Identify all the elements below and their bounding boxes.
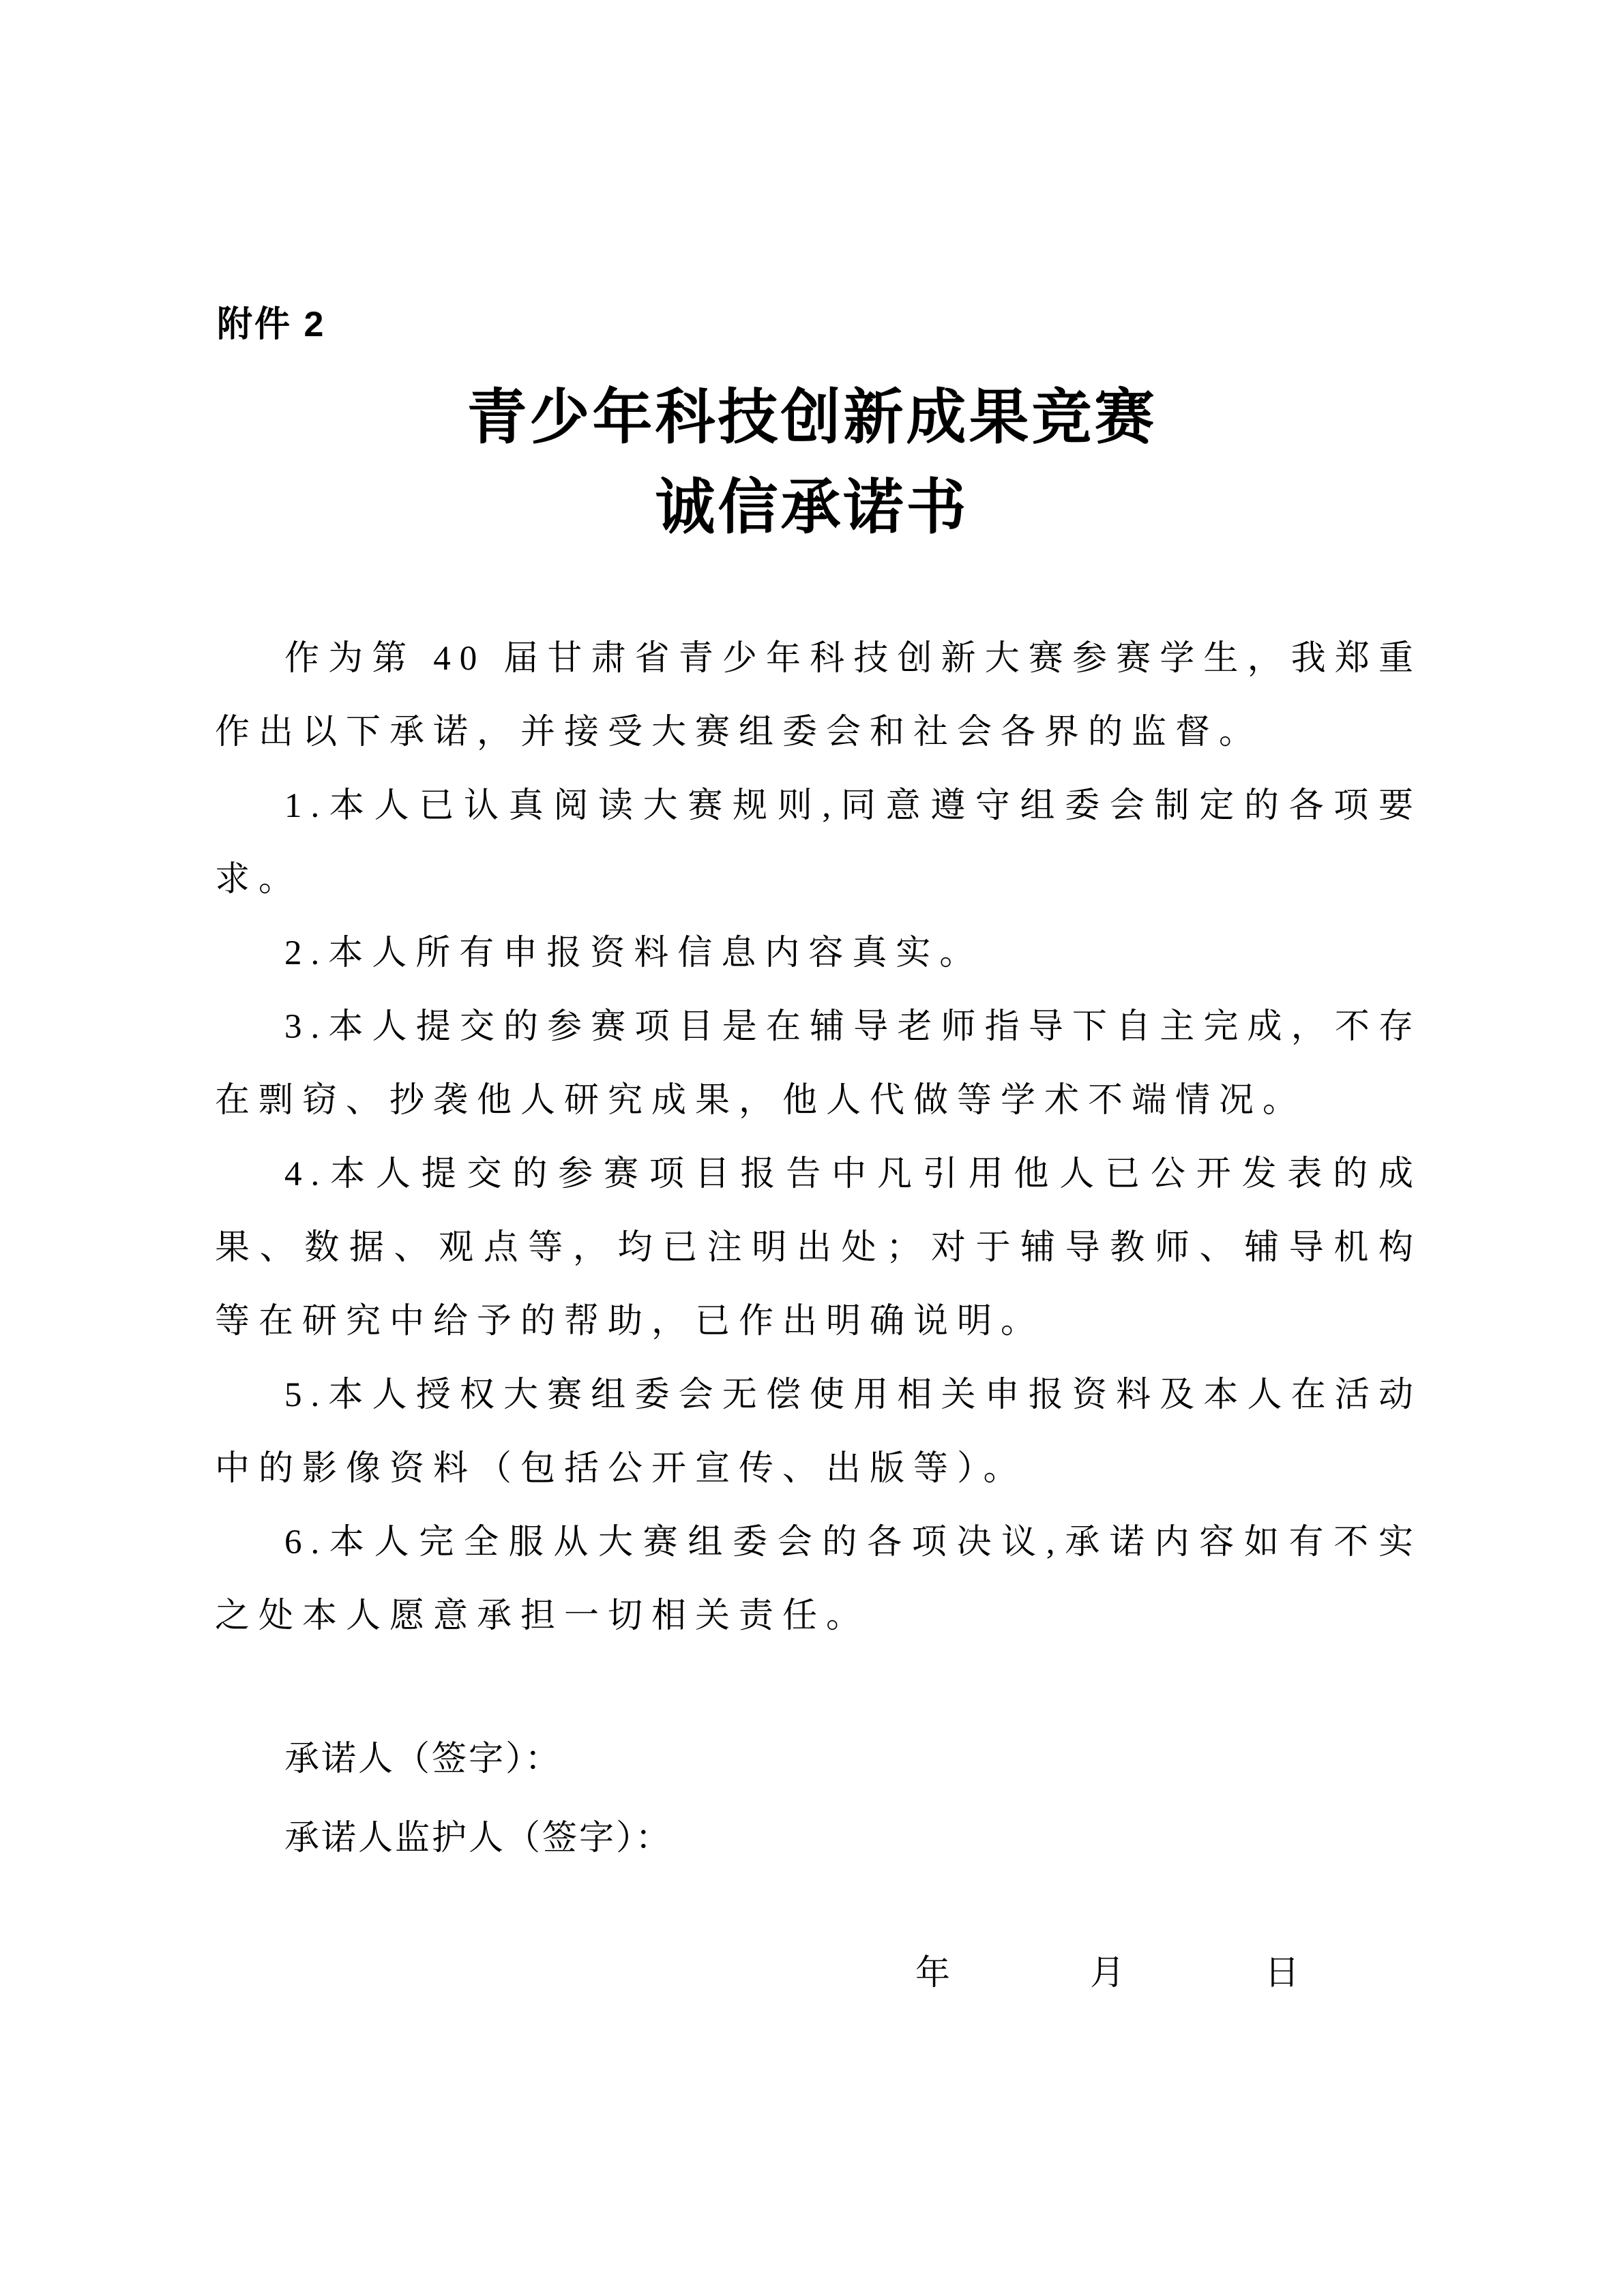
date-line: 年 月 日: [915, 1954, 1299, 1993]
title-line-2: 诚信承诺书: [0, 464, 1624, 554]
paragraph-intro: 作为第 40 届甘肃省青少年科技创新大赛参赛学生，我郑重作出以下承诺，并接受大赛…: [215, 622, 1422, 769]
title-line-1: 青少年科技创新成果竞赛: [0, 374, 1624, 464]
paragraph-item-6: 6.本人完全服从大赛组委会的各项决议,承诺内容如有不实之处本人愿意承担一切相关责…: [215, 1506, 1422, 1653]
year-label: 年: [915, 1954, 950, 1993]
signature-line-promisor: 承诺人（签字）：: [215, 1720, 1422, 1799]
paragraph-item-2: 2.本人所有申报资料信息内容真实。: [215, 916, 1422, 990]
paragraph-item-4: 4.本人提交的参赛项目报告中凡引用他人已公开发表的成果、数据、观点等，均已注明出…: [215, 1137, 1422, 1358]
month-label: 月: [1090, 1954, 1125, 1993]
paragraph-item-5: 5.本人授权大赛组委会无偿使用相关申报资料及本人在活动中的影像资料（包括公开宣传…: [215, 1358, 1422, 1506]
signature-line-guardian: 承诺人监护人（签字）：: [215, 1799, 1422, 1878]
document-page: 附件 2 青少年科技创新成果竞赛 诚信承诺书 作为第 40 届甘肃省青少年科技创…: [0, 0, 1624, 2296]
signature-block: 承诺人（签字）： 承诺人监护人（签字）：: [215, 1720, 1422, 1878]
document-title: 青少年科技创新成果竞赛 诚信承诺书: [0, 374, 1624, 554]
paragraph-item-1: 1.本人已认真阅读大赛规则,同意遵守组委会制定的各项要求。: [215, 769, 1422, 916]
attachment-label: 附件 2: [217, 305, 325, 344]
body-text: 作为第 40 届甘肃省青少年科技创新大赛参赛学生，我郑重作出以下承诺，并接受大赛…: [215, 622, 1422, 1653]
day-label: 日: [1265, 1954, 1299, 1993]
paragraph-item-3: 3.本人提交的参赛项目是在辅导老师指导下自主完成，不存在剽窃、抄袭他人研究成果，…: [215, 990, 1422, 1137]
